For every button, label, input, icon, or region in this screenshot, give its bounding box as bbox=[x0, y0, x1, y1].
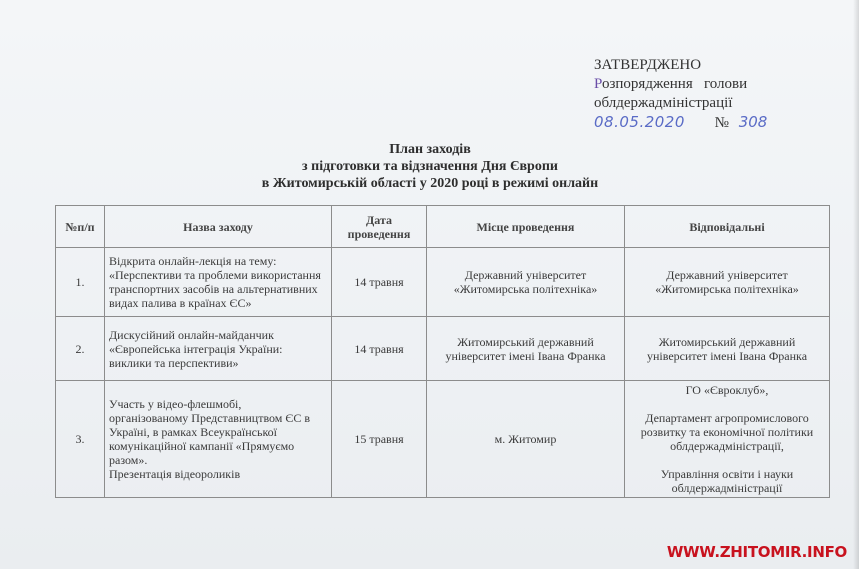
cell-line: університет імені Івана Франка bbox=[629, 349, 825, 363]
cell-line: Житомирський державний bbox=[431, 335, 620, 349]
approval-number: 308 bbox=[739, 113, 768, 131]
header-num: №п/п bbox=[56, 206, 105, 248]
table-header-row: №п/п Назва заходу Дата проведення Місце … bbox=[56, 206, 830, 248]
document-title: План заходів з підготовки та відзначення… bbox=[180, 141, 680, 192]
table-row: 1.Відкрита онлайн-лекція на тему:«Перспе… bbox=[56, 248, 830, 317]
cell-line: Україні, в рамках Всеукраїнської bbox=[109, 425, 327, 439]
cell-line: «Житомирська політехніка» bbox=[431, 282, 620, 296]
cell-line: Житомирський державний bbox=[629, 335, 825, 349]
table-row: 2.Дискусійний онлайн-майданчик«Європейсь… bbox=[56, 317, 830, 381]
cell-line: облдержадміністрації bbox=[629, 481, 825, 495]
cell-line: Презентація відеороликів bbox=[109, 467, 327, 481]
cell-name: Відкрита онлайн-лекція на тему:«Перспект… bbox=[105, 248, 332, 317]
cell-name: Участь у відео-флешмобі,організованому П… bbox=[105, 381, 332, 498]
approval-order-text: озпорядження голови bbox=[602, 76, 747, 92]
approval-order-initial: Р bbox=[594, 76, 602, 92]
cell-line: разом». bbox=[109, 453, 327, 467]
cell-line: університет імені Івана Франка bbox=[431, 349, 620, 363]
cell-line: м. Житомир bbox=[431, 432, 620, 446]
events-table: №п/п Назва заходу Дата проведення Місце … bbox=[55, 205, 830, 498]
cell-line bbox=[629, 453, 825, 467]
cell-line: розвитку та економічної політики bbox=[629, 425, 825, 439]
cell-line: Державний університет bbox=[629, 268, 825, 282]
cell-responsible: Житомирський державнийуніверситет імені … bbox=[625, 317, 830, 381]
cell-num: 2. bbox=[56, 317, 105, 381]
cell-line: виклики та перспективи» bbox=[109, 356, 327, 370]
cell-line bbox=[629, 397, 825, 411]
title-line-3: в Житомирській області у 2020 році в реж… bbox=[180, 175, 680, 192]
table-row: 3.Участь у відео-флешмобі,організованому… bbox=[56, 381, 830, 498]
approval-stamp: ЗАТВЕРДЖЕНО Розпорядження голови облдерж… bbox=[594, 56, 767, 133]
cell-line: Участь у відео-флешмобі, bbox=[109, 397, 327, 411]
approval-status: ЗАТВЕРДЖЕНО bbox=[594, 56, 767, 75]
cell-line: видах палива в країнах ЄС» bbox=[109, 296, 327, 310]
approval-order: Розпорядження голови bbox=[594, 75, 767, 94]
cell-line: транспортних засобів на альтернативних bbox=[109, 282, 327, 296]
cell-line: Дискусійний онлайн-майданчик bbox=[109, 328, 327, 342]
cell-place: Житомирський державнийуніверситет імені … bbox=[427, 317, 625, 381]
cell-line: організованому Представництвом ЄС в bbox=[109, 411, 327, 425]
cell-line: облдержадміністрації, bbox=[629, 439, 825, 453]
approval-authority: облдержадміністрації bbox=[594, 94, 767, 113]
cell-place: Державний університет«Житомирська політе… bbox=[427, 248, 625, 317]
header-place: Місце проведення bbox=[427, 206, 625, 248]
approval-date: 08.05.2020 bbox=[594, 113, 685, 131]
cell-date: 15 травня bbox=[332, 381, 427, 498]
cell-num: 3. bbox=[56, 381, 105, 498]
header-name: Назва заходу bbox=[105, 206, 332, 248]
cell-line: Державний університет bbox=[431, 268, 620, 282]
cell-line: комунікаційної кампанії «Прямуємо bbox=[109, 439, 327, 453]
cell-line: «Житомирська політехніка» bbox=[629, 282, 825, 296]
cell-line: ГО «Євроклуб», bbox=[629, 383, 825, 397]
cell-line: «Перспективи та проблеми використання bbox=[109, 268, 327, 282]
cell-responsible: ГО «Євроклуб»,Департамент агропромислово… bbox=[625, 381, 830, 498]
approval-signature-line: 08.05.2020 № 308 bbox=[594, 113, 767, 133]
cell-name: Дискусійний онлайн-майданчик«Європейська… bbox=[105, 317, 332, 381]
cell-responsible: Державний університет«Житомирська політе… bbox=[625, 248, 830, 317]
page-edge-shadow bbox=[853, 0, 859, 569]
approval-number-label: № bbox=[715, 115, 729, 131]
cell-line: Департамент агропромислового bbox=[629, 411, 825, 425]
cell-line: Відкрита онлайн-лекція на тему: bbox=[109, 254, 327, 268]
cell-date: 14 травня bbox=[332, 248, 427, 317]
title-line-2: з підготовки та відзначення Дня Європи bbox=[180, 158, 680, 175]
cell-num: 1. bbox=[56, 248, 105, 317]
cell-place: м. Житомир bbox=[427, 381, 625, 498]
cell-date: 14 травня bbox=[332, 317, 427, 381]
cell-line: «Європейська інтеграція України: bbox=[109, 342, 327, 356]
header-date: Дата проведення bbox=[332, 206, 427, 248]
title-line-1: План заходів bbox=[180, 141, 680, 158]
site-watermark: WWW.ZHITOMIR.INFO bbox=[667, 543, 847, 561]
cell-line: Управління освіти і науки bbox=[629, 467, 825, 481]
header-responsible: Відповідальні bbox=[625, 206, 830, 248]
